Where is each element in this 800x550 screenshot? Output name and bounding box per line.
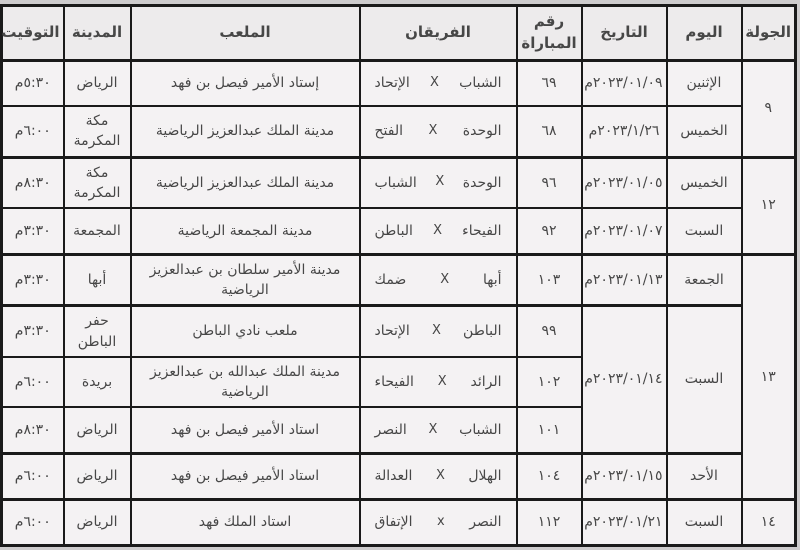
team-right: الشباب (459, 73, 501, 93)
teams-cell: الفيحاءXالباطن (360, 208, 517, 254)
teams-wrap: الوحدةXالفتح (375, 121, 502, 141)
header-city: المدينة (64, 6, 131, 61)
round-cell: ١٤ (742, 499, 796, 545)
teams-wrap: الهلالXالعدالة (375, 466, 502, 486)
header-round: الجولة (742, 6, 796, 61)
table-row: ١٤السبت٢٠٢٣/٠١/٢١م١١٢النصرxالإتفاقاستاد … (2, 499, 796, 545)
stadium-cell: مدينة الملك عبدالعزيز الرياضية (131, 106, 360, 157)
city-cell: حفر الباطن (64, 306, 131, 357)
versus-mark: X (435, 173, 444, 192)
time-cell: ٨:٣٠م (2, 157, 64, 208)
team-right: الشباب (459, 420, 501, 440)
time-cell: ٦:٠٠م (2, 357, 64, 408)
match-number-cell: ١٠٢ (517, 357, 582, 408)
table-row: السبت٢٠٢٣/٠١/١٤م٩٩الباطنXالإتحادملعب ناد… (2, 306, 796, 357)
city-cell: الرياض (64, 407, 131, 453)
city-cell: مكة المكرمة (64, 157, 131, 208)
team-left: الإتحاد (375, 73, 410, 93)
teams-wrap: الفيحاءXالباطن (375, 221, 502, 241)
day-cell: الإثنين (667, 60, 742, 106)
stadium-cell: ملعب نادي الباطن (131, 306, 360, 357)
city-cell: الرياض (64, 499, 131, 545)
table-row: الأحد٢٠٢٣/٠١/١٥م١٠٤الهلالXالعدالةاستاد ا… (2, 453, 796, 499)
schedule-body: ٩الإثنين٢٠٢٣/٠١/٠٩م٦٩الشبابXالإتحادإستاد… (2, 60, 796, 545)
teams-cell: الشبابXالنصر (360, 407, 517, 453)
versus-mark: X (429, 421, 438, 440)
city-cell: بريدة (64, 357, 131, 408)
team-left: الإتفاق (375, 512, 413, 532)
team-left: الفيحاء (375, 372, 414, 392)
teams-cell: الهلالXالعدالة (360, 453, 517, 499)
day-cell: الجمعة (667, 254, 742, 306)
match-number-cell: ١١٢ (517, 499, 582, 545)
table-row: الخميس٢٠٢٣/١/٢٦م٦٨الوحدةXالفتحمدينة المل… (2, 106, 796, 157)
match-schedule-table: الجولة اليوم التاريخ رقم المباراة الفريق… (0, 4, 797, 547)
time-cell: ٨:٣٠م (2, 407, 64, 453)
stadium-cell: استاد الأمير فيصل بن فهد (131, 407, 360, 453)
match-number-cell: ٦٨ (517, 106, 582, 157)
header-match-number: رقم المباراة (517, 6, 582, 61)
team-left: الإتحاد (375, 321, 410, 341)
header-teams: الفريقان (360, 6, 517, 61)
teams-cell: الرائدXالفيحاء (360, 357, 517, 408)
date-cell: ٢٠٢٣/٠١/٢١م (582, 499, 667, 545)
team-right: الباطن (463, 321, 501, 341)
versus-mark: X (432, 322, 441, 341)
team-right: الوحدة (463, 173, 502, 193)
teams-wrap: الشبابXالنصر (375, 420, 502, 440)
city-cell: مكة المكرمة (64, 106, 131, 157)
versus-mark: X (428, 122, 437, 141)
match-number-cell: ١٠٣ (517, 254, 582, 306)
date-cell: ٢٠٢٣/٠١/٠٥م (582, 157, 667, 208)
header-time: التوقيت (2, 6, 64, 61)
day-cell: السبت (667, 306, 742, 454)
time-cell: ٦:٠٠م (2, 453, 64, 499)
date-cell: ٢٠٢٣/١/٢٦م (582, 106, 667, 157)
header-row: الجولة اليوم التاريخ رقم المباراة الفريق… (2, 6, 796, 61)
teams-wrap: النصرxالإتفاق (375, 512, 502, 532)
city-cell: الرياض (64, 60, 131, 106)
team-left: الفتح (375, 121, 404, 141)
team-left: النصر (375, 420, 407, 440)
day-cell: الخميس (667, 157, 742, 208)
time-cell: ٥:٣٠م (2, 60, 64, 106)
versus-mark: X (433, 222, 442, 241)
table-row: السبت٢٠٢٣/٠١/٠٧م٩٢الفيحاءXالباطنمدينة ال… (2, 208, 796, 254)
teams-cell: أبهاXضمك (360, 254, 517, 306)
city-cell: المجمعة (64, 208, 131, 254)
header-date: التاريخ (582, 6, 667, 61)
date-cell: ٢٠٢٣/٠١/٠٩م (582, 60, 667, 106)
stadium-cell: مدينة الملك عبدالله بن عبدالعزيز الرياضي… (131, 357, 360, 408)
table-row: ١٣الجمعة٢٠٢٣/٠١/١٣م١٠٣أبهاXضمكمدينة الأم… (2, 254, 796, 306)
stadium-cell: إستاد الأمير فيصل بن فهد (131, 60, 360, 106)
teams-cell: الوحدةXالفتح (360, 106, 517, 157)
team-right: النصر (469, 512, 501, 532)
teams-cell: النصرxالإتفاق (360, 499, 517, 545)
team-left: الشباب (375, 173, 417, 193)
time-cell: ٣:٣٠م (2, 306, 64, 357)
stadium-cell: استاد الأمير فيصل بن فهد (131, 453, 360, 499)
teams-wrap: أبهاXضمك (375, 270, 502, 290)
team-left: ضمك (375, 270, 407, 290)
round-cell: ١٣ (742, 254, 796, 499)
team-right: الفيحاء (462, 221, 501, 241)
match-number-cell: ٦٩ (517, 60, 582, 106)
stadium-cell: استاد الملك فهد (131, 499, 360, 545)
versus-mark: X (438, 373, 447, 392)
teams-cell: الوحدةXالشباب (360, 157, 517, 208)
versus-mark: X (436, 467, 445, 486)
teams-cell: الباطنXالإتحاد (360, 306, 517, 357)
round-cell: ٩ (742, 60, 796, 157)
team-right: الهلال (468, 466, 501, 486)
time-cell: ٦:٠٠م (2, 106, 64, 157)
team-right: أبها (483, 270, 502, 290)
city-cell: الرياض (64, 453, 131, 499)
match-number-cell: ١٠٤ (517, 453, 582, 499)
match-number-cell: ٩٩ (517, 306, 582, 357)
date-cell: ٢٠٢٣/٠١/١٤م (582, 306, 667, 454)
match-number-cell: ١٠١ (517, 407, 582, 453)
stadium-cell: مدينة الأمير سلطان بن عبدالعزيز الرياضية (131, 254, 360, 306)
team-left: العدالة (375, 466, 413, 486)
table-row: ٩الإثنين٢٠٢٣/٠١/٠٩م٦٩الشبابXالإتحادإستاد… (2, 60, 796, 106)
teams-wrap: الشبابXالإتحاد (375, 73, 502, 93)
teams-wrap: الرائدXالفيحاء (375, 372, 502, 392)
city-cell: أبها (64, 254, 131, 306)
day-cell: الخميس (667, 106, 742, 157)
team-left: الباطن (375, 221, 413, 241)
date-cell: ٢٠٢٣/٠١/٠٧م (582, 208, 667, 254)
teams-cell: الشبابXالإتحاد (360, 60, 517, 106)
table-row: ١٢الخميس٢٠٢٣/٠١/٠٥م٩٦الوحدةXالشبابمدينة … (2, 157, 796, 208)
teams-wrap: الباطنXالإتحاد (375, 321, 502, 341)
header-stadium: الملعب (131, 6, 360, 61)
match-number-cell: ٩٦ (517, 157, 582, 208)
versus-mark: X (440, 271, 449, 290)
header-day: اليوم (667, 6, 742, 61)
date-cell: ٢٠٢٣/٠١/١٥م (582, 453, 667, 499)
day-cell: السبت (667, 208, 742, 254)
round-cell: ١٢ (742, 157, 796, 254)
stadium-cell: مدينة المجمعة الرياضية (131, 208, 360, 254)
day-cell: السبت (667, 499, 742, 545)
versus-mark: X (430, 74, 439, 93)
team-right: الرائد (470, 372, 501, 392)
date-cell: ٢٠٢٣/٠١/١٣م (582, 254, 667, 306)
stadium-cell: مدينة الملك عبدالعزيز الرياضية (131, 157, 360, 208)
team-right: الوحدة (463, 121, 502, 141)
time-cell: ٣:٣٠م (2, 208, 64, 254)
teams-wrap: الوحدةXالشباب (375, 173, 502, 193)
time-cell: ٦:٠٠م (2, 499, 64, 545)
day-cell: الأحد (667, 453, 742, 499)
versus-mark: x (437, 513, 445, 532)
match-number-cell: ٩٢ (517, 208, 582, 254)
time-cell: ٣:٣٠م (2, 254, 64, 306)
